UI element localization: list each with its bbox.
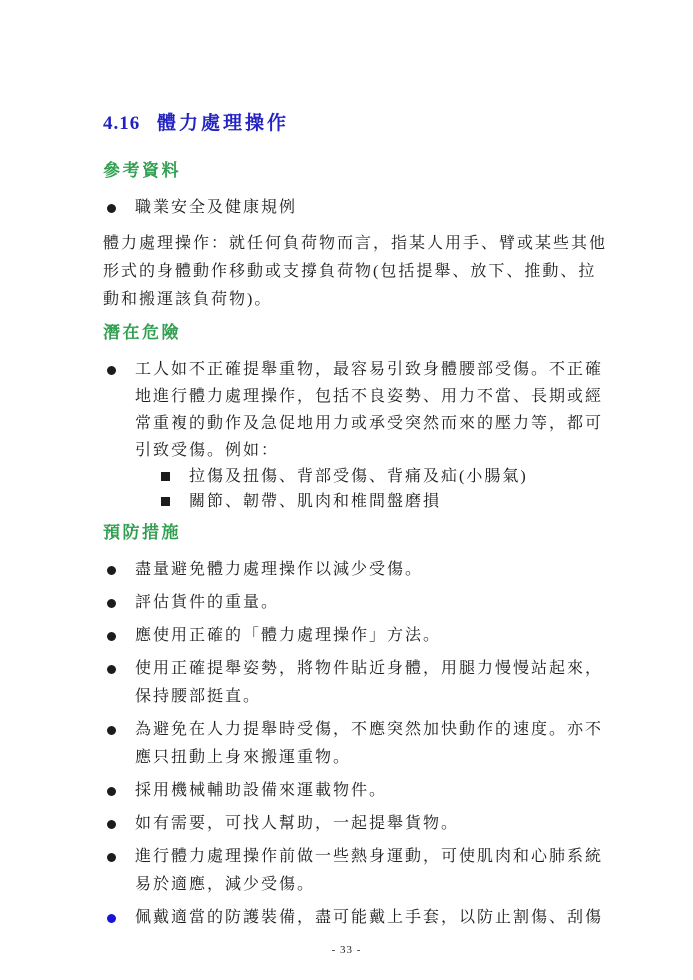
prevention-list-item: 佩戴適當的防護裝備，盡可能戴上手套，以防止割傷、刮傷: [103, 904, 621, 932]
bullet-icon: [107, 204, 116, 213]
prevention-item-text: 應使用正確的「體力處理操作」方法。: [135, 622, 621, 650]
prevention-list-item: 使用正確提舉姿勢，將物件貼近身體，用腿力慢慢站起來， 保持腰部挺直。: [103, 655, 621, 711]
blue-bullet-icon: [107, 914, 116, 923]
definition-paragraph: 體力處理操作：就任何負荷物而言，指某人用手、臂或某些其他 形式的身體動作移動或支…: [103, 230, 621, 314]
bullet-icon: [107, 366, 116, 375]
hazards-sub-item-text: 拉傷及扭傷、背部受傷、背痛及疝(小腸氣): [189, 464, 621, 489]
bullet-icon: [107, 820, 116, 829]
prevention-item-text: 盡量避免體力處理操作以減少受傷。: [135, 556, 621, 584]
prevention-item-text: 使用正確提舉姿勢，將物件貼近身體，用腿力慢慢站起來， 保持腰部挺直。: [135, 655, 621, 711]
reference-list-item: 職業安全及健康規例: [103, 194, 621, 222]
section-heading: 4.16 體力處理操作: [103, 112, 621, 136]
prevention-list-item: 盡量避免體力處理操作以減少受傷。: [103, 556, 621, 584]
section-number: 4.16: [103, 113, 140, 134]
bullet-icon: [107, 632, 116, 641]
square-bullet-icon: [161, 497, 170, 506]
prevention-item-text: 佩戴適當的防護裝備，盡可能戴上手套，以防止割傷、刮傷: [135, 904, 621, 932]
reference-item-text: 職業安全及健康規例: [135, 194, 621, 222]
prevention-list-item: 如有需要，可找人幫助，一起提舉貨物。: [103, 810, 621, 838]
page-number: - 33 -: [0, 944, 693, 956]
prevention-list-item: 評估貨件的重量。: [103, 589, 621, 617]
hazards-sub-item: 拉傷及扭傷、背部受傷、背痛及疝(小腸氣): [161, 464, 621, 489]
bullet-icon: [107, 566, 116, 575]
bullet-icon: [107, 665, 116, 674]
bullet-icon: [107, 599, 116, 608]
prevention-list-item: 應使用正確的「體力處理操作」方法。: [103, 622, 621, 650]
hazards-sub-item: 關節、韌帶、肌肉和椎間盤磨損: [161, 489, 621, 514]
prevention-list-item: 採用機械輔助設備來運載物件。: [103, 777, 621, 805]
bullet-icon: [107, 853, 116, 862]
prevention-item-text: 為避免在人力提舉時受傷，不應突然加快動作的速度。亦不 應只扭動上身來搬運重物。: [135, 716, 621, 772]
prevention-item-text: 採用機械輔助設備來運載物件。: [135, 777, 621, 805]
square-bullet-icon: [161, 472, 170, 481]
document-page: 4.16 體力處理操作 參考資料 職業安全及健康規例 體力處理操作：就任何負荷物…: [0, 0, 693, 980]
prevention-item-text: 進行體力處理操作前做一些熱身運動，可使肌肉和心肺系統 易於適應，減少受傷。: [135, 843, 621, 899]
hazards-list-item: 工人如不正確提舉重物，最容易引致身體腰部受傷。不正確 地進行體力處理操作，包括不…: [103, 356, 621, 464]
prevention-item-text: 如有需要，可找人幫助，一起提舉貨物。: [135, 810, 621, 838]
bullet-icon: [107, 787, 116, 796]
bullet-icon: [107, 726, 116, 735]
section-title-text: 體力處理操作: [157, 113, 289, 134]
hazards-sub-item-text: 關節、韌帶、肌肉和椎間盤磨損: [189, 489, 621, 514]
reference-heading: 參考資料: [103, 158, 621, 184]
hazards-heading: 潛在危險: [103, 320, 621, 346]
prevention-heading: 預防措施: [103, 520, 621, 546]
prevention-item-text: 評估貨件的重量。: [135, 589, 621, 617]
prevention-list-item: 進行體力處理操作前做一些熱身運動，可使肌肉和心肺系統 易於適應，減少受傷。: [103, 843, 621, 899]
prevention-list-item: 為避免在人力提舉時受傷，不應突然加快動作的速度。亦不 應只扭動上身來搬運重物。: [103, 716, 621, 772]
hazards-item-text: 工人如不正確提舉重物，最容易引致身體腰部受傷。不正確 地進行體力處理操作，包括不…: [135, 356, 621, 464]
